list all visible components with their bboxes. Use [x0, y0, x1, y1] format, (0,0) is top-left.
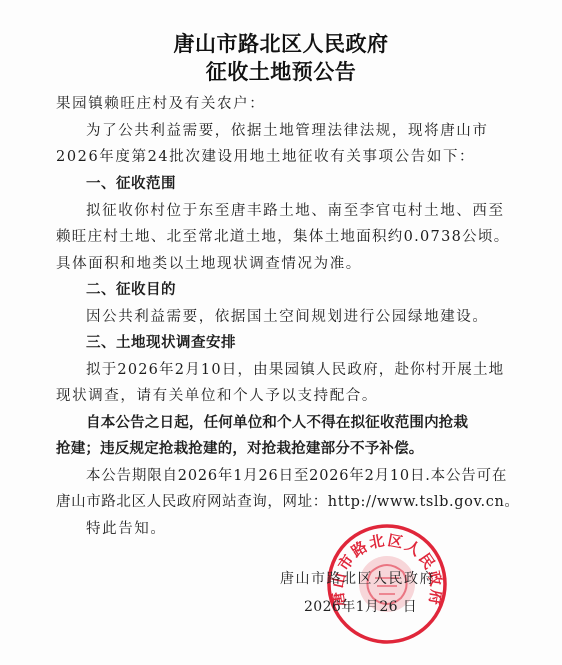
period-line-1: 本公告期限自2026年1月26日至2026年2月10日.本公告可在: [86, 464, 507, 485]
intro-line-2: 2026年度第24批次建设用地土地征收有关事项公告如下：: [56, 145, 475, 166]
warning-line-2: 抢建；违反规定抢栽抢建的，对抢栽抢建部分不予补偿。: [56, 437, 424, 458]
closing-text: 特此告知。: [86, 517, 167, 538]
issue-date: 2026年1月26 日: [304, 596, 417, 616]
scope-line-2: 赖旺庄村土地、北至常北道土地，集体土地面积约0.0738公顷。: [56, 225, 510, 246]
addressee: 果园镇赖旺庄村及有关农户：: [56, 92, 265, 113]
section-heading-purpose: 二、征收目的: [86, 278, 176, 299]
scope-line-1: 拟征收你村位于东至唐丰路土地、南至李官屯村土地、西至: [86, 199, 505, 220]
issuer-signature: 唐山市路北区人民政府: [280, 568, 435, 588]
document-title-notice: 征收土地预公告: [0, 56, 562, 86]
scope-line-3: 具体面积和地类以土地现状调查情况为准。: [56, 252, 362, 273]
warning-line-1: 自本公告之日起，任何单位和个人不得在拟征收范围内抢栽: [86, 411, 468, 432]
document-title-issuer: 唐山市路北区人民政府: [0, 28, 562, 58]
section-heading-scope: 一、征收范围: [86, 172, 176, 193]
purpose-line-1: 因公共利益需要，依据国土空间规划进行公园绿地建设。: [86, 305, 489, 326]
section-heading-survey: 三、土地现状调查安排: [86, 331, 236, 352]
period-line-2: 唐山市路北区人民政府网站查询，网址：http://www.tslb.gov.cn…: [56, 490, 520, 511]
survey-line-1: 拟于2026年2月10日，由果园镇人民政府，赴你村开展土地: [86, 358, 504, 379]
survey-line-2: 现状调查，请有关单位和个人予以支持配合。: [56, 384, 378, 405]
intro-line-1: 为了公共利益需要，依据土地管理法律法规，现将唐山市: [86, 119, 489, 140]
